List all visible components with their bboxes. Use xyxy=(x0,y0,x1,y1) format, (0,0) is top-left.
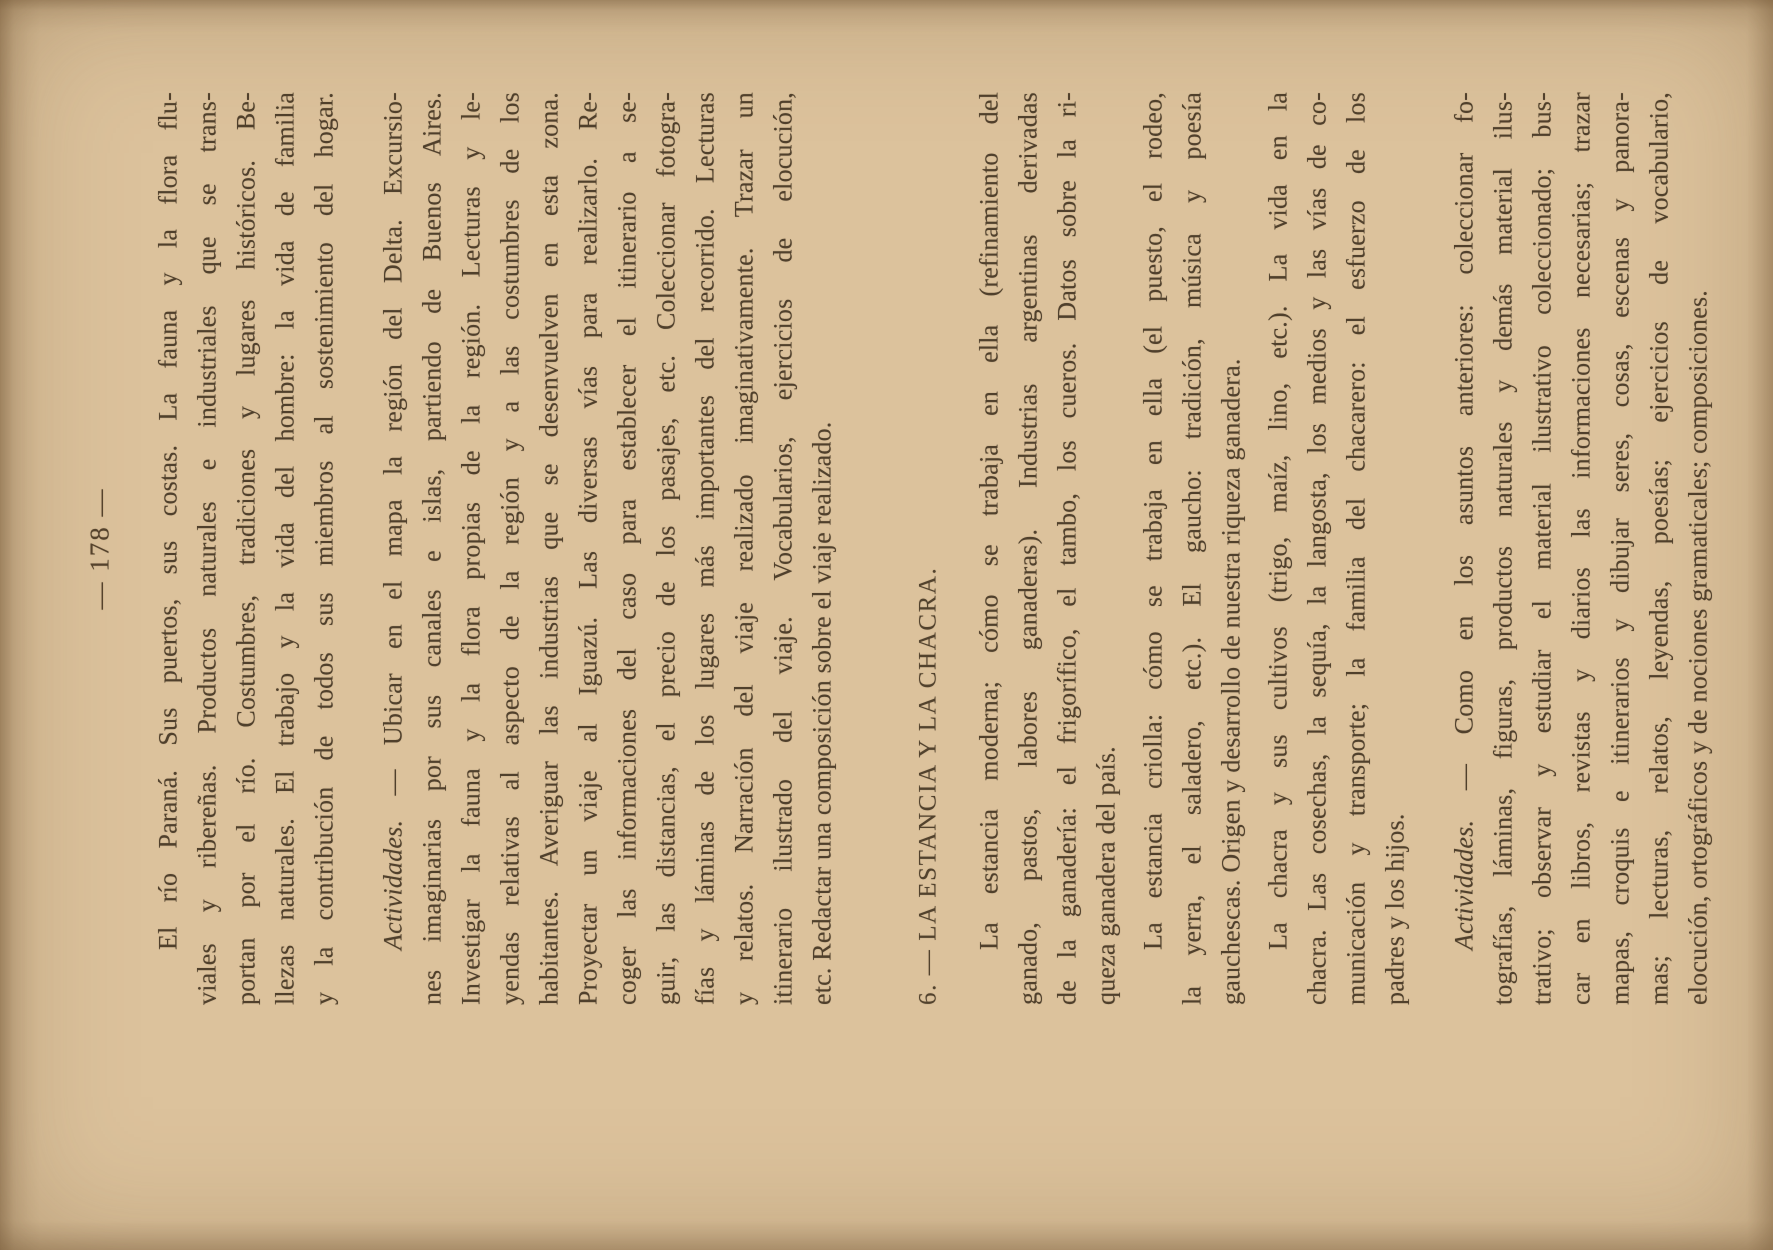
text-line: Investigar la fauna y la flora propias d… xyxy=(451,92,490,1005)
text-line: viales y ribereñas. Productos naturales … xyxy=(187,92,226,1005)
text-line: itinerario ilustrado del viaje. Vocabula… xyxy=(763,92,802,1005)
paragraph: La estancia criolla: cómo se trabaja en … xyxy=(1133,92,1250,1005)
text-line: fías y láminas de los lugares más import… xyxy=(685,92,724,1005)
text-line: nes imaginarias por sus canales e islas,… xyxy=(412,92,451,1005)
text-line: elocución, ortográficos y de nociones gr… xyxy=(1678,92,1717,1005)
paragraph: Actividades. — Ubicar en el mapa la regi… xyxy=(373,92,841,1005)
text-line: la yerra, el saladero, etc.). El gaucho:… xyxy=(1172,92,1211,1005)
text-line: tografías, láminas, figuras, productos n… xyxy=(1483,92,1522,1005)
page-number: — 178 — xyxy=(84,92,115,1005)
page-content: El río Paraná. Sus puertos, sus costas. … xyxy=(148,92,1717,1005)
text-line: ganado, pastos, labores ganaderas). Indu… xyxy=(1008,92,1047,1005)
text-line: de la ganadería: el frigorífico, el tamb… xyxy=(1047,92,1086,1005)
text-line: guir, las distancias, el precio de los p… xyxy=(646,92,685,1005)
paragraph: La chacra y sus cultivos (trigo, maíz, l… xyxy=(1258,92,1414,1005)
text-line: padres y los hijos. xyxy=(1375,92,1414,1005)
text-line: y relatos. Narración del viaje realizado… xyxy=(724,92,763,1005)
italic-lead-word: Actividades. xyxy=(378,820,407,950)
text-line: gauchescas. Origen y desarrollo de nuest… xyxy=(1211,92,1250,1005)
paragraph: El río Paraná. Sus puertos, sus costas. … xyxy=(148,92,343,1005)
text-line: municación y transporte; la familia del … xyxy=(1336,92,1375,1005)
text-line: La estancia moderna; cómo se trabaja en … xyxy=(969,92,1008,1005)
text-line: Actividades. — Ubicar en el mapa la regi… xyxy=(373,92,412,1005)
text-line: mas; lecturas, relatos, leyendas, poesía… xyxy=(1639,92,1678,1005)
section-heading-text: 6. — LA ESTANCIA Y LA CHACRA. xyxy=(911,92,945,1005)
book-page-sheet: — 178 — El río Paraná. Sus puertos, sus … xyxy=(0,0,1773,1250)
text-line: portan por el río. Costumbres, tradicion… xyxy=(226,92,265,1005)
text-line: yendas relativas al aspecto de la región… xyxy=(490,92,529,1005)
text-line: mapas, croquis e itinerarios y dibujar s… xyxy=(1600,92,1639,1005)
text-line: La estancia criolla: cómo se trabaja en … xyxy=(1133,92,1172,1005)
text-line: car en libros, revistas y diarios las in… xyxy=(1561,92,1600,1005)
text-line: La chacra y sus cultivos (trigo, maíz, l… xyxy=(1258,92,1297,1005)
text-line: trativo; observar y estudiar el material… xyxy=(1522,92,1561,1005)
text-line: llezas naturales. El trabajo y la vida d… xyxy=(265,92,304,1005)
text-line: El río Paraná. Sus puertos, sus costas. … xyxy=(148,92,187,1005)
text-line: Actividades. — Como en los asuntos anter… xyxy=(1444,92,1483,1005)
text-line: queza ganadera del país. xyxy=(1086,92,1125,1005)
paragraph: Actividades. — Como en los asuntos anter… xyxy=(1444,92,1717,1005)
text-line: Proyectar un viaje al Iguazú. Las divers… xyxy=(568,92,607,1005)
text-line: y la contribución de todos sus miembros … xyxy=(304,92,343,1005)
text-line: habitantes. Averiguar las industrias que… xyxy=(529,92,568,1005)
section-heading: 6. — LA ESTANCIA Y LA CHACRA. xyxy=(911,92,945,1005)
text-line: coger las informaciones del caso para es… xyxy=(607,92,646,1005)
paragraph: La estancia moderna; cómo se trabaja en … xyxy=(969,92,1125,1005)
italic-lead-word: Actividades. xyxy=(1449,820,1478,950)
text-line: chacra. Las cosechas, la sequía, la lang… xyxy=(1297,92,1336,1005)
scanned-page-image: — 178 — El río Paraná. Sus puertos, sus … xyxy=(0,0,1773,1250)
text-line: etc. Redactar una composición sobre el v… xyxy=(802,92,841,1005)
